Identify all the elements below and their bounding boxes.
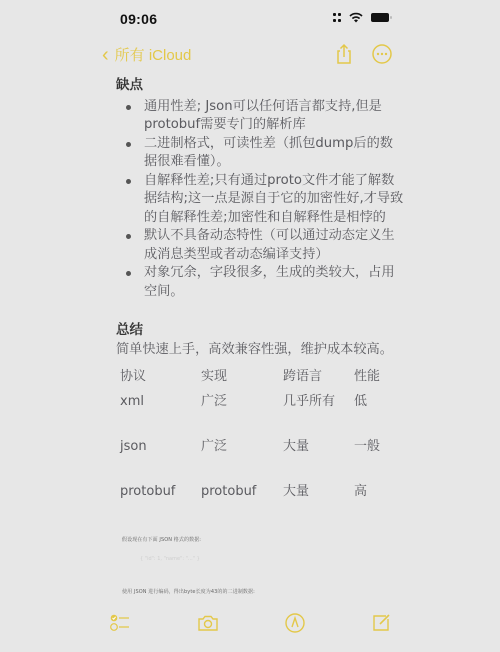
table-cell: 高 [354, 483, 394, 508]
bottom-toolbar [0, 610, 500, 640]
table-cell: 广泛 [201, 393, 283, 438]
cons-heading: 缺点 [116, 76, 406, 95]
table-cell: 几乎所有 [283, 393, 354, 438]
list-item: 对象冗余，字段很多，生成的类较大，占用空间。 [116, 264, 406, 301]
table-header-row: 协议 实现 跨语言 性能 [120, 368, 394, 393]
camera-icon[interactable] [197, 612, 219, 634]
table-cell: xml [120, 393, 201, 438]
status-time: 09:06 [120, 11, 157, 27]
table-cell: json [120, 438, 201, 483]
status-bar: 09:06 [0, 0, 500, 40]
table-header: 跨语言 [283, 368, 354, 393]
table-cell: 低 [354, 393, 394, 438]
embedded-image-caption: 使用 JSON 进行编码，得出byte长度为43的的二进制数据: [122, 588, 255, 595]
table-header: 实现 [201, 368, 283, 393]
table-cell: 广泛 [201, 438, 283, 483]
note-body[interactable]: 缺点 通用性差; Json可以任何语言都支持,但是protobuf需要专门的解析… [116, 76, 406, 508]
table-cell: protobuf [120, 483, 201, 508]
share-icon[interactable] [333, 43, 355, 65]
battery-icon [371, 13, 389, 22]
back-label: 所有 iCloud [115, 44, 192, 65]
summary-heading: 总结 [116, 321, 406, 340]
table-cell: 一般 [354, 438, 394, 483]
back-button[interactable]: ‹ 所有 iCloud [102, 44, 191, 65]
table-row: protobuf protobuf 大量 高 [120, 483, 394, 508]
chevron-left-icon: ‹ [102, 46, 109, 64]
list-item: 自解释性差;只有通过proto文件才能了解数据结构;这一点是源自于它的加密性好,… [116, 172, 406, 228]
wifi-icon [349, 12, 363, 23]
summary-text: 简单快速上手，高效兼容性强，维护成本较高。 [116, 341, 406, 360]
table-row: xml 广泛 几乎所有 低 [120, 393, 394, 438]
cons-list: 通用性差; Json可以任何语言都支持,但是protobuf需要专门的解析库 二… [116, 98, 406, 302]
list-item: 默认不具备动态特性（可以通过动态定义生成消息类型或者动态编译支持） [116, 227, 406, 264]
compose-icon[interactable] [370, 612, 392, 634]
table-header: 性能 [354, 368, 394, 393]
checklist-icon[interactable] [109, 612, 131, 634]
list-item: 二进制格式，可读性差（抓包dump后的数据很难看懂）。 [116, 135, 406, 172]
table-cell: protobuf [201, 483, 283, 508]
table-cell: 大量 [283, 483, 354, 508]
markup-icon[interactable] [284, 612, 306, 634]
table-header: 协议 [120, 368, 201, 393]
status-icons [333, 12, 389, 23]
comparison-table: 协议 实现 跨语言 性能 xml 广泛 几乎所有 低 json 广泛 大量 一般… [120, 368, 394, 508]
cellular-icon [333, 13, 341, 22]
table-cell: 大量 [283, 438, 354, 483]
embedded-image-json: { "id": 1, "name": "..." } [140, 556, 200, 563]
embedded-image-caption: 假设现在有下面 JSON 格式的数据: [122, 536, 201, 543]
table-row: json 广泛 大量 一般 [120, 438, 394, 483]
nav-bar: ‹ 所有 iCloud [0, 40, 500, 70]
list-item: 通用性差; Json可以任何语言都支持,但是protobuf需要专门的解析库 [116, 98, 406, 135]
more-icon[interactable] [371, 43, 393, 65]
